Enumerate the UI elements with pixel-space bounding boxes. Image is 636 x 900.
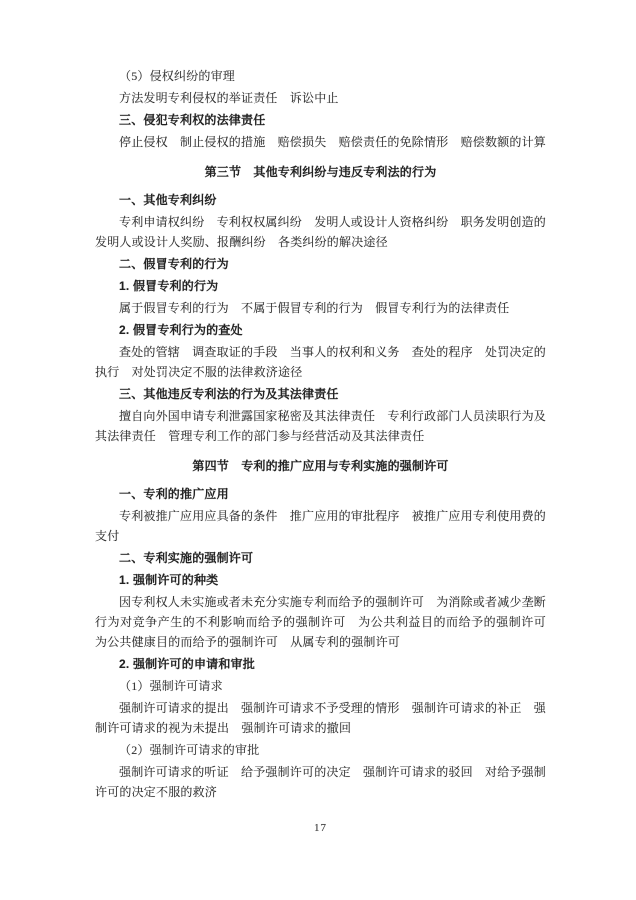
outline-terms-xuke-zhonglei-items: 因专利权人未实施或者未充分实施专利而给予的强制许可 为消除或者减少垄断行为对竞争… [95,592,546,652]
heading-qita-weifan-zhuanlifa: 三、其他违反专利法的行为及其法律责任 [95,384,546,404]
outline-terms-qingqiu-items: 强制许可请求的提出 强制许可请求不予受理的情形 强制许可请求的补正 强制许可请求… [95,698,546,738]
section-title-disanjie: 第三节 其他专利纠纷与违反专利法的行为 [95,162,546,182]
outline-terms-tingzhi-qinquan: 停止侵权 制止侵权的措施 赔偿损失 赔偿责任的免除情形 赔偿数额的计算 [95,132,546,152]
outline-terms-tuiguang-items: 专利被推广应用应具备的条件 推广应用的审批程序 被推广应用专利使用费的支付 [95,506,546,546]
outline-terms-weifan-items: 擅自向外国申请专利泄露国家秘密及其法律责任 专利行政部门人员渎职行为及其法律责任… [95,406,546,446]
section-title-disijie: 第四节 专利的推广应用与专利实施的强制许可 [95,456,546,476]
heading-jiamao-zhuanli-xingwei: 二、假冒专利的行为 [95,254,546,274]
heading-tuiguang-yingyong: 一、专利的推广应用 [95,484,546,504]
outline-terms-juzheng-zeren: 方法发明专利侵权的举证责任 诉讼中止 [95,88,546,108]
subheading-jiamao-chachu: 2. 假冒专利行为的查处 [95,320,546,340]
outline-terms-chachu-items: 查处的管辖 调查取证的手段 当事人的权利和义务 查处的程序 处罚决定的执行 对处… [95,342,546,382]
outline-terms-jiamao-scope: 属于假冒专利的行为 不属于假冒专利的行为 假冒专利行为的法律责任 [95,298,546,318]
outline-subitem-5-shenli: （5）侵权纠纷的审理 [95,66,546,86]
outline-terms-shenpi-items: 强制许可请求的听证 给予强制许可的决定 强制许可请求的驳回 对给予强制许可的决定… [95,762,546,802]
heading-qiangzhi-xuke: 二、专利实施的强制许可 [95,548,546,568]
heading-qita-zhuanli-jiufen: 一、其他专利纠纷 [95,190,546,210]
outline-terms-jiufen-types: 专利申请权纠纷 专利权权属纠纷 发明人或设计人资格纠纷 职务发明创造的发明人或设… [95,212,546,252]
heading-qinfan-zhuanliquan-zeren: 三、侵犯专利权的法律责任 [95,110,546,130]
outline-subitem-2-qingqiu-shenpi: （2）强制许可请求的审批 [95,740,546,760]
subheading-jiamao-xingwei: 1. 假冒专利的行为 [95,276,546,296]
page-number: 17 [95,818,546,838]
subheading-xuke-shenqing-shenpi: 2. 强制许可的申请和审批 [95,654,546,674]
subheading-xuke-zhonglei: 1. 强制许可的种类 [95,570,546,590]
outline-subitem-1-xuke-qingqiu: （1）强制许可请求 [95,676,546,696]
scanned-document-page: （5）侵权纠纷的审理 方法发明专利侵权的举证责任 诉讼中止 三、侵犯专利权的法律… [0,0,636,900]
